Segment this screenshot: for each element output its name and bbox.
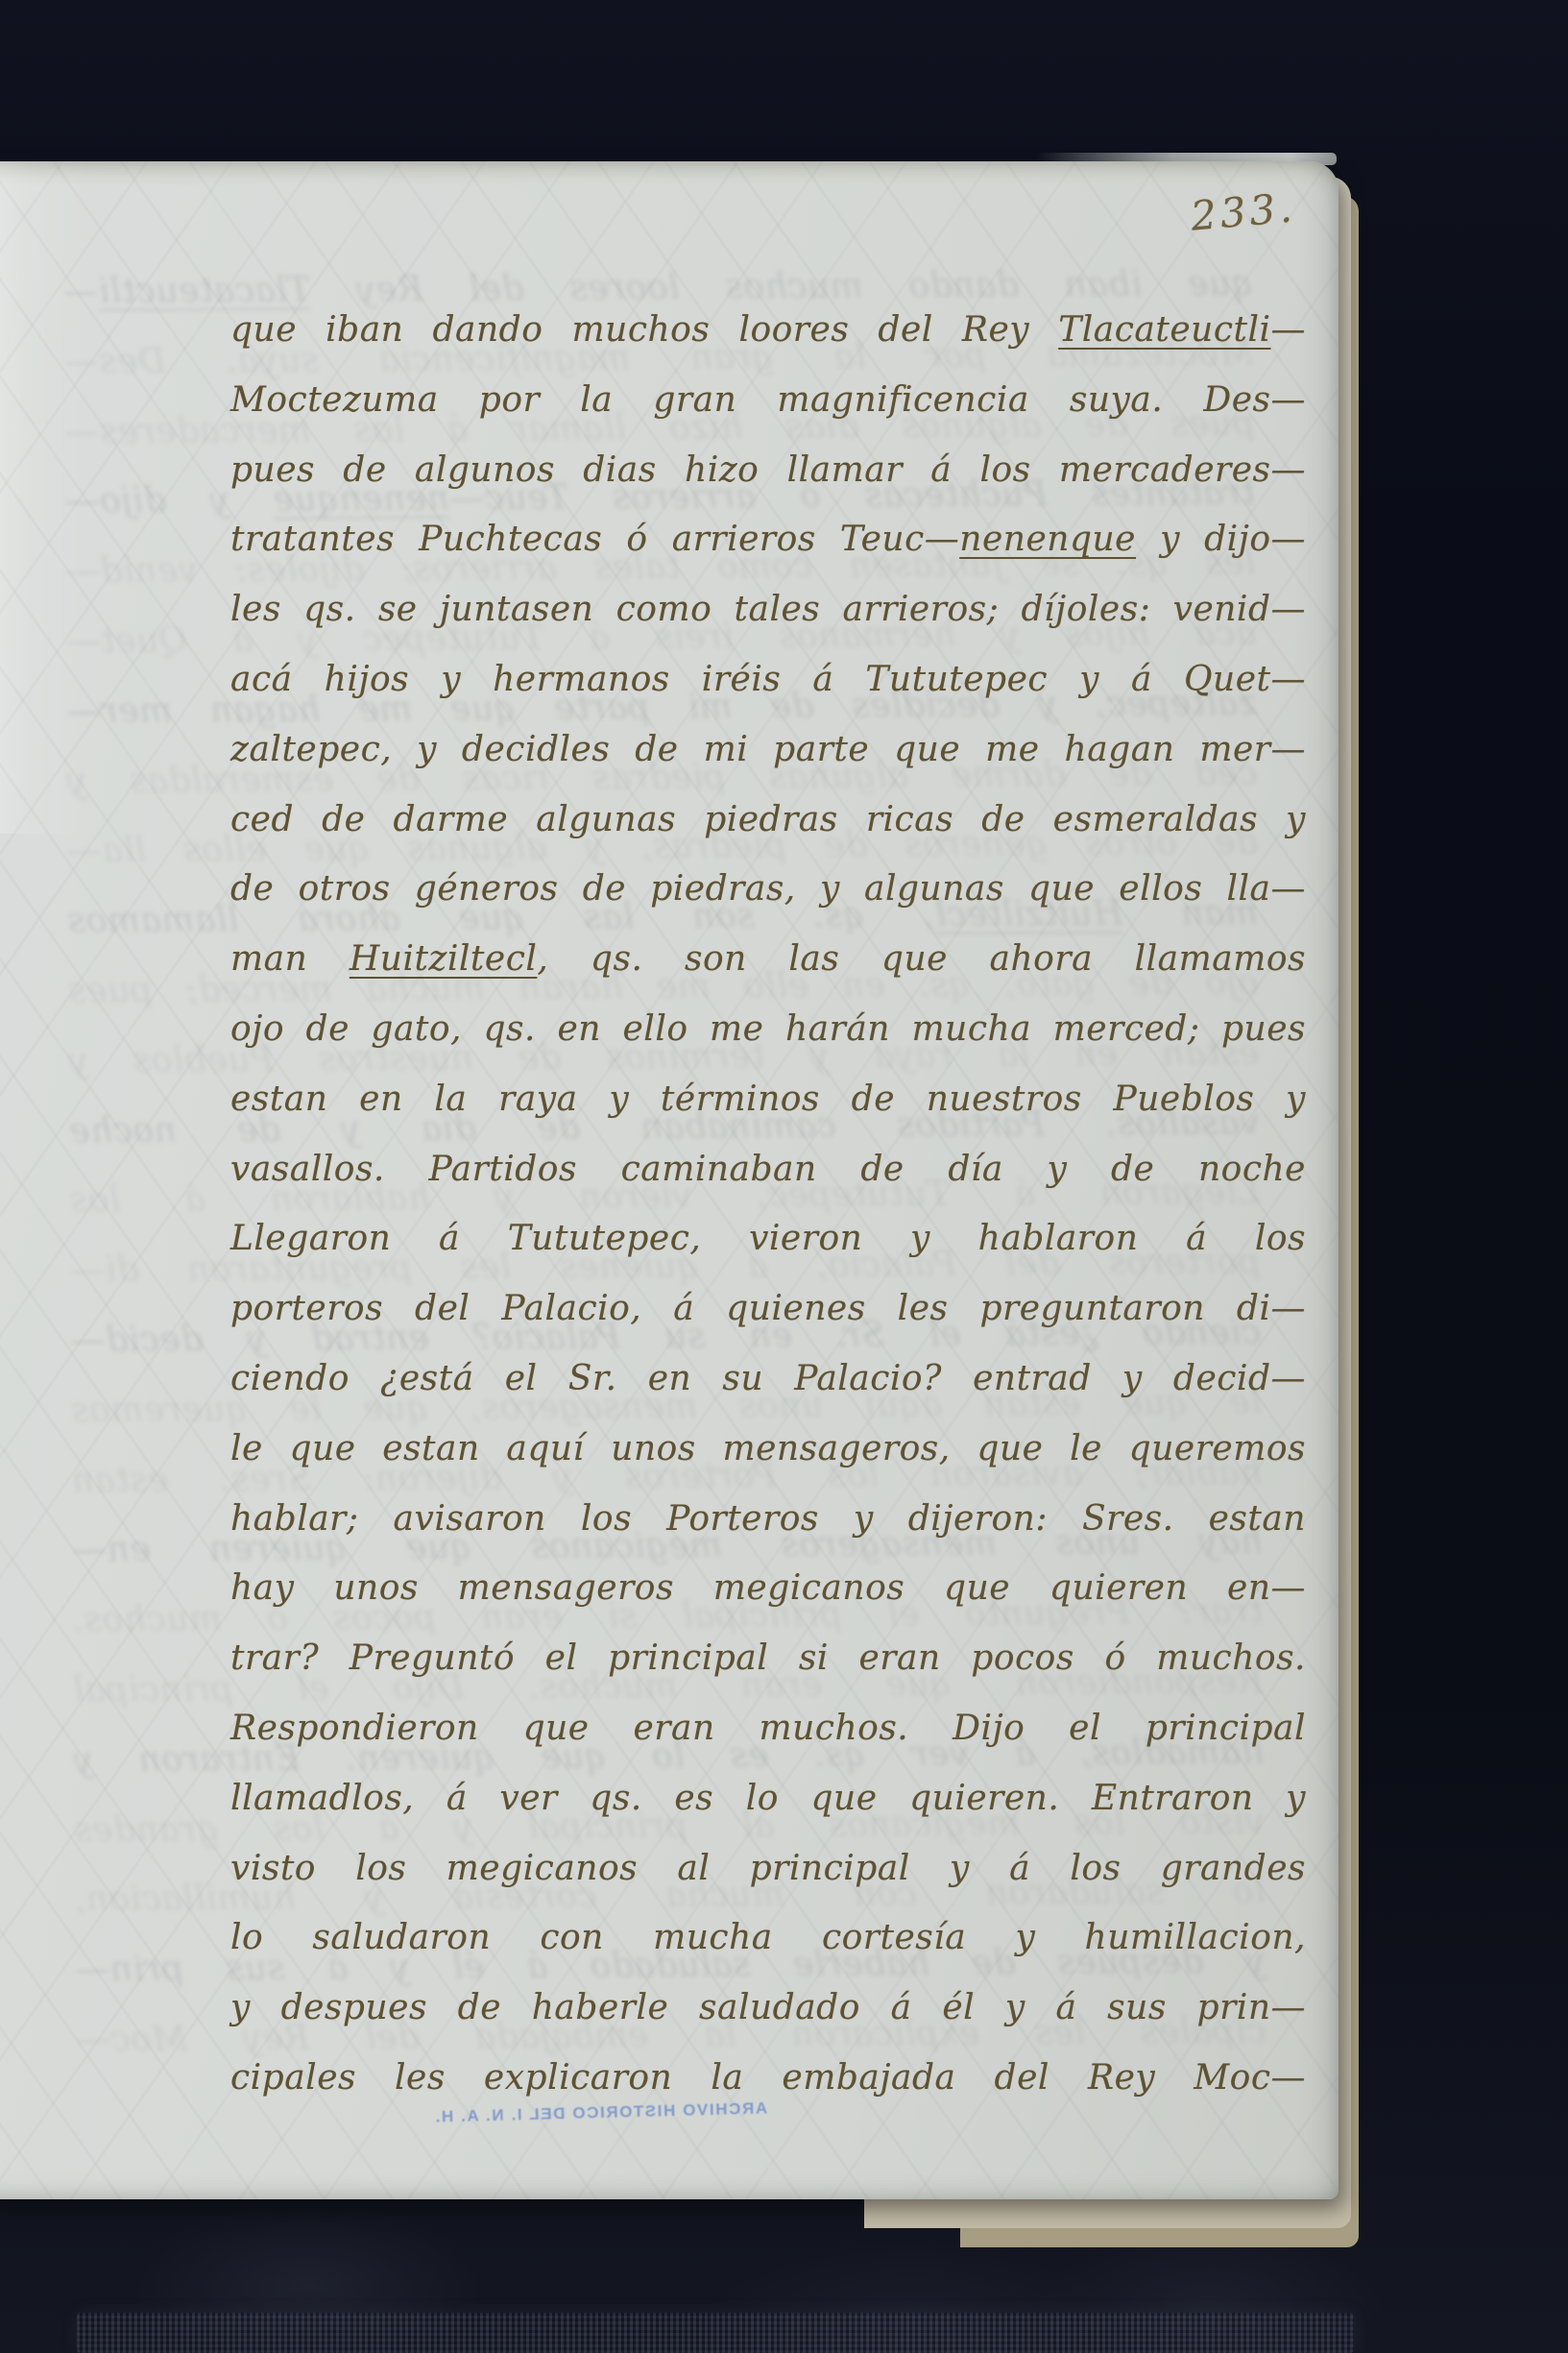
manuscript-page: que iban dando muchos loores del Rey Tla… [0, 161, 1339, 2199]
line-text: pues de algunos dias hizo llamar á los m… [230, 450, 1306, 490]
manuscript-line: cipales les explicaron la embajada del R… [230, 2044, 1306, 2114]
line-text: Respondieron que eran muchos. Dijo el pr… [230, 1709, 1306, 1748]
line-text: ojo de gato, qs. en ello me harán mucha … [230, 1009, 1306, 1049]
line-text: les qs. se juntasen como tales arrieros;… [230, 590, 1306, 629]
paper-fold-highlight [0, 161, 98, 834]
manuscript-line: ojo de gato, qs. en ello me harán mucha … [230, 995, 1306, 1065]
manuscript-line: visto los megicanos al principal y á los… [230, 1834, 1306, 1904]
manuscript-line: hay unos mensageros megicanos que quiere… [230, 1554, 1306, 1624]
line-text: Llegaron á Tututepec, vieron y hablaron … [230, 1219, 1306, 1258]
line-text: de otros géneros de piedras, y algunas q… [230, 869, 1306, 909]
manuscript-line: hablar; avisaron los Porteros y dijeron:… [230, 1485, 1306, 1555]
line-text: lo saludaron con mucha cortesía y humill… [230, 1918, 1306, 1957]
line-text: vasallos. Partidos caminaban de día y de… [230, 1150, 1306, 1189]
line-text: hablar; avisaron los Porteros y dijeron:… [230, 1499, 1306, 1539]
manuscript-line: de otros géneros de piedras, y algunas q… [230, 855, 1306, 925]
manuscript-line: porteros del Palacio, á quienes les preg… [230, 1274, 1306, 1345]
manuscript-line: Respondieron que eran muchos. Dijo el pr… [230, 1694, 1306, 1764]
underlined-word: Tlacateuctli [1058, 310, 1270, 350]
line-text: visto los megicanos al principal y á los… [230, 1849, 1306, 1888]
line-text: — [1271, 310, 1307, 350]
line-text: trar? Preguntó el principal si eran poco… [230, 1638, 1306, 1678]
manuscript-line: vasallos. Partidos caminaban de día y de… [230, 1135, 1306, 1205]
line-text: — [63, 272, 99, 311]
velcro-strip [77, 2313, 1354, 2353]
line-text: llamadlos, á ver qs. es lo que quieren. … [230, 1779, 1306, 1818]
manuscript-line: Llegaron á Tututepec, vieron y hablaron … [230, 1204, 1306, 1274]
line-text: man [230, 939, 350, 979]
page-number: 233. [1189, 183, 1297, 239]
line-text: zaltepec, y decidles de mi parte que me … [230, 730, 1306, 769]
underlined-word: Huitziltecl [350, 939, 538, 979]
line-text: cipales les explicaron la embajada del R… [230, 2058, 1306, 2098]
line-text: hay unos mensageros megicanos que quiere… [230, 1568, 1306, 1608]
manuscript-text-block: que iban dando muchos loores del Rey Tla… [230, 296, 1306, 2114]
line-text: ced de darme algunas piedras ricas de es… [230, 800, 1306, 839]
line-text: le que estan aquí unos mensageros, que l… [230, 1429, 1306, 1468]
line-text: estan en la raya y términos de nuestros … [230, 1079, 1306, 1119]
underlined-word: nenenque [959, 520, 1136, 559]
manuscript-line: llamadlos, á ver qs. es lo que quieren. … [230, 1764, 1306, 1834]
manuscript-line: Moctezuma por la gran magnificencia suya… [230, 366, 1306, 436]
line-text: Moctezuma por la gran magnificencia suya… [230, 380, 1306, 420]
manuscript-line: lo saludaron con mucha cortesía y humill… [230, 1904, 1306, 1974]
manuscript-line: les qs. se juntasen como tales arrieros;… [230, 575, 1306, 645]
manuscript-line: man Huitziltecl, qs. son las que ahora l… [230, 925, 1306, 995]
line-text: ciendo ¿está el Sr. en su Palacio? entra… [230, 1359, 1306, 1398]
manuscript-line: ciendo ¿está el Sr. en su Palacio? entra… [230, 1345, 1306, 1415]
manuscript-line: zaltepec, y decidles de mi parte que me … [230, 716, 1306, 786]
line-text: acá hijos y hermanos iréis á Tututepec y… [230, 660, 1306, 699]
line-text: y dijo— [1136, 520, 1306, 559]
manuscript-line: que iban dando muchos loores del Rey Tla… [230, 296, 1306, 366]
manuscript-line: acá hijos y hermanos iréis á Tututepec y… [230, 645, 1306, 716]
line-text: y despues de haberle saludado á él y á s… [230, 1988, 1306, 2027]
manuscript-line: estan en la raya y términos de nuestros … [230, 1065, 1306, 1135]
manuscript-line: pues de algunos dias hizo llamar á los m… [230, 436, 1306, 506]
manuscript-line: ced de darme algunas piedras ricas de es… [230, 786, 1306, 856]
manuscript-line: trar? Preguntó el principal si eran poco… [230, 1624, 1306, 1694]
line-text: que iban dando muchos loores del Rey [230, 310, 1058, 350]
line-text: tratantes Puchtecas ó arrieros Teuc— [230, 520, 959, 559]
manuscript-line: y despues de haberle saludado á él y á s… [230, 1974, 1306, 2044]
line-text: , qs. son las que ahora llamamos [537, 939, 1306, 979]
manuscript-line: tratantes Puchtecas ó arrieros Teuc—nene… [230, 505, 1306, 575]
line-text: porteros del Palacio, á quienes les preg… [230, 1289, 1306, 1328]
manuscript-line: le que estan aquí unos mensageros, que l… [230, 1415, 1306, 1485]
